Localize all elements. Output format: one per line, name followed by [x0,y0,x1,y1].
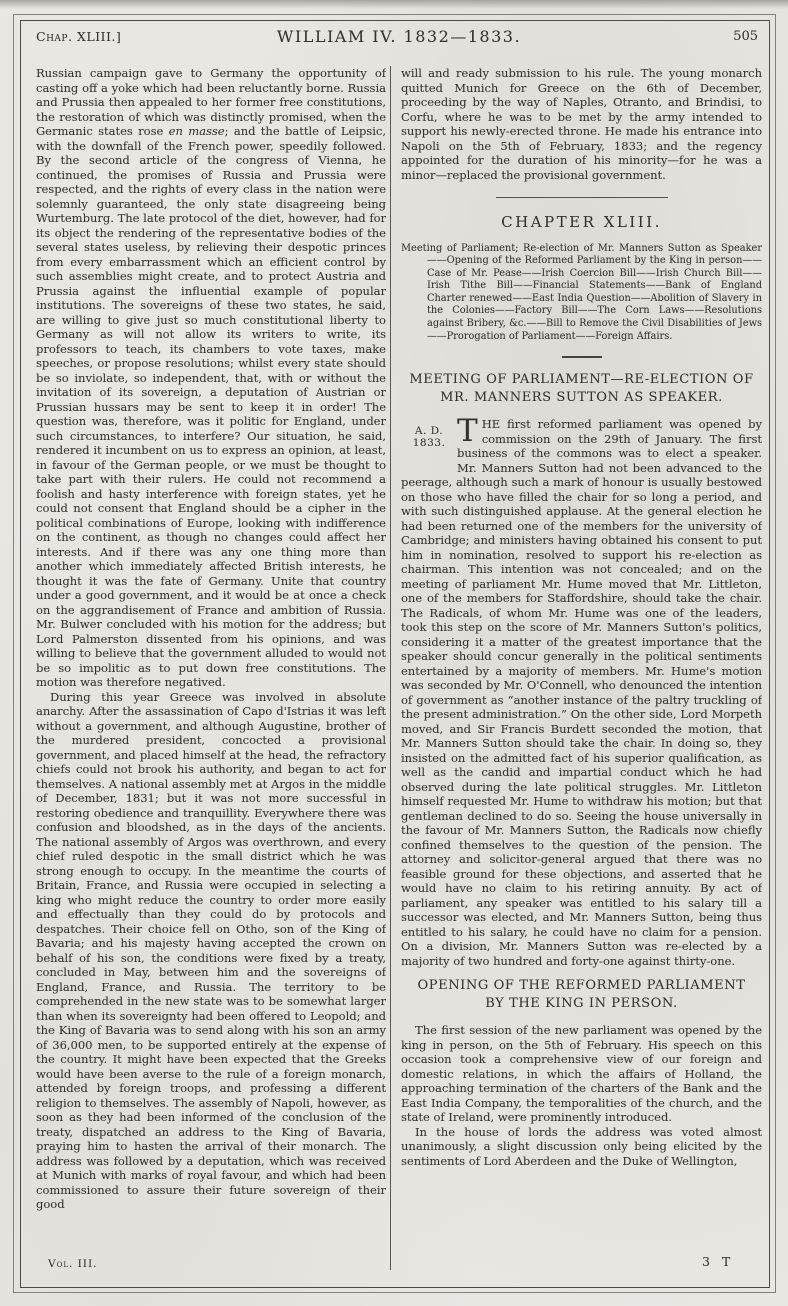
chapter-separator-rule [496,197,668,198]
margin-note-line: 1833. [413,437,446,449]
chapter-heading: CHAPTER XLIII. [401,215,762,230]
paragraph-continued-from-previous-page: Russian campaign gave to Germany the opp… [36,66,386,690]
left-column: Russian campaign gave to Germany the opp… [36,66,386,1262]
chapter-summary: Meeting of Parliament; Re-election of Mr… [401,243,762,344]
running-header: Chap. XLIII.] WILLIAM IV. 1832—1833. 505 [36,27,762,47]
heading-line: BY THE KING IN PERSON. [485,996,678,1011]
right-column: will and ready submission to his rule. T… [401,66,762,1262]
scan-edge-artifact [0,0,788,9]
paragraph-house-of-lords: In the house of lords the address was vo… [401,1125,762,1169]
heading-line: MR. MANNERS SUTTON AS SPEAKER. [440,390,723,405]
volume-signature: Vol. III. [48,1258,97,1270]
margin-note-line: A. D. [415,425,443,437]
italic-phrase: en masse [169,124,225,138]
paragraph-text: ; and the battle of Leipsic, with the do… [36,124,386,689]
page-number: 505 [733,29,758,44]
section-heading-meeting-of-parliament: MEETING OF PARLIAMENT—RE-ELECTION OFMR. … [401,371,762,406]
heading-line: MEETING OF PARLIAMENT—RE-ELECTION OF [409,372,753,387]
paragraph-text: HE first reformed parliament was opened … [401,417,762,968]
paragraph-speaker-election: A. D.1833.THE first reformed parliament … [401,417,762,968]
section-heading-opening-of-parliament: OPENING OF THE REFORMED PARLIAMENTBY THE… [401,977,762,1012]
printer-sheet-signature: 3 T [702,1254,734,1269]
book-page: Chap. XLIII.] WILLIAM IV. 1832—1833. 505… [0,0,788,1306]
paragraph-otho-conclusion: will and ready submission to his rule. T… [401,66,762,182]
paragraph-kings-speech: The first session of the new parliament … [401,1023,762,1125]
column-divider [390,66,391,1270]
heading-line: OPENING OF THE REFORMED PARLIAMENT [418,978,746,993]
paragraph-greece-anarchy: During this year Greece was involved in … [36,690,386,1212]
page-title: WILLIAM IV. 1832—1833. [36,27,762,46]
drop-cap-letter: T [457,417,482,445]
summary-end-rule [562,356,602,358]
margin-date-note: A. D.1833. [401,417,457,461]
